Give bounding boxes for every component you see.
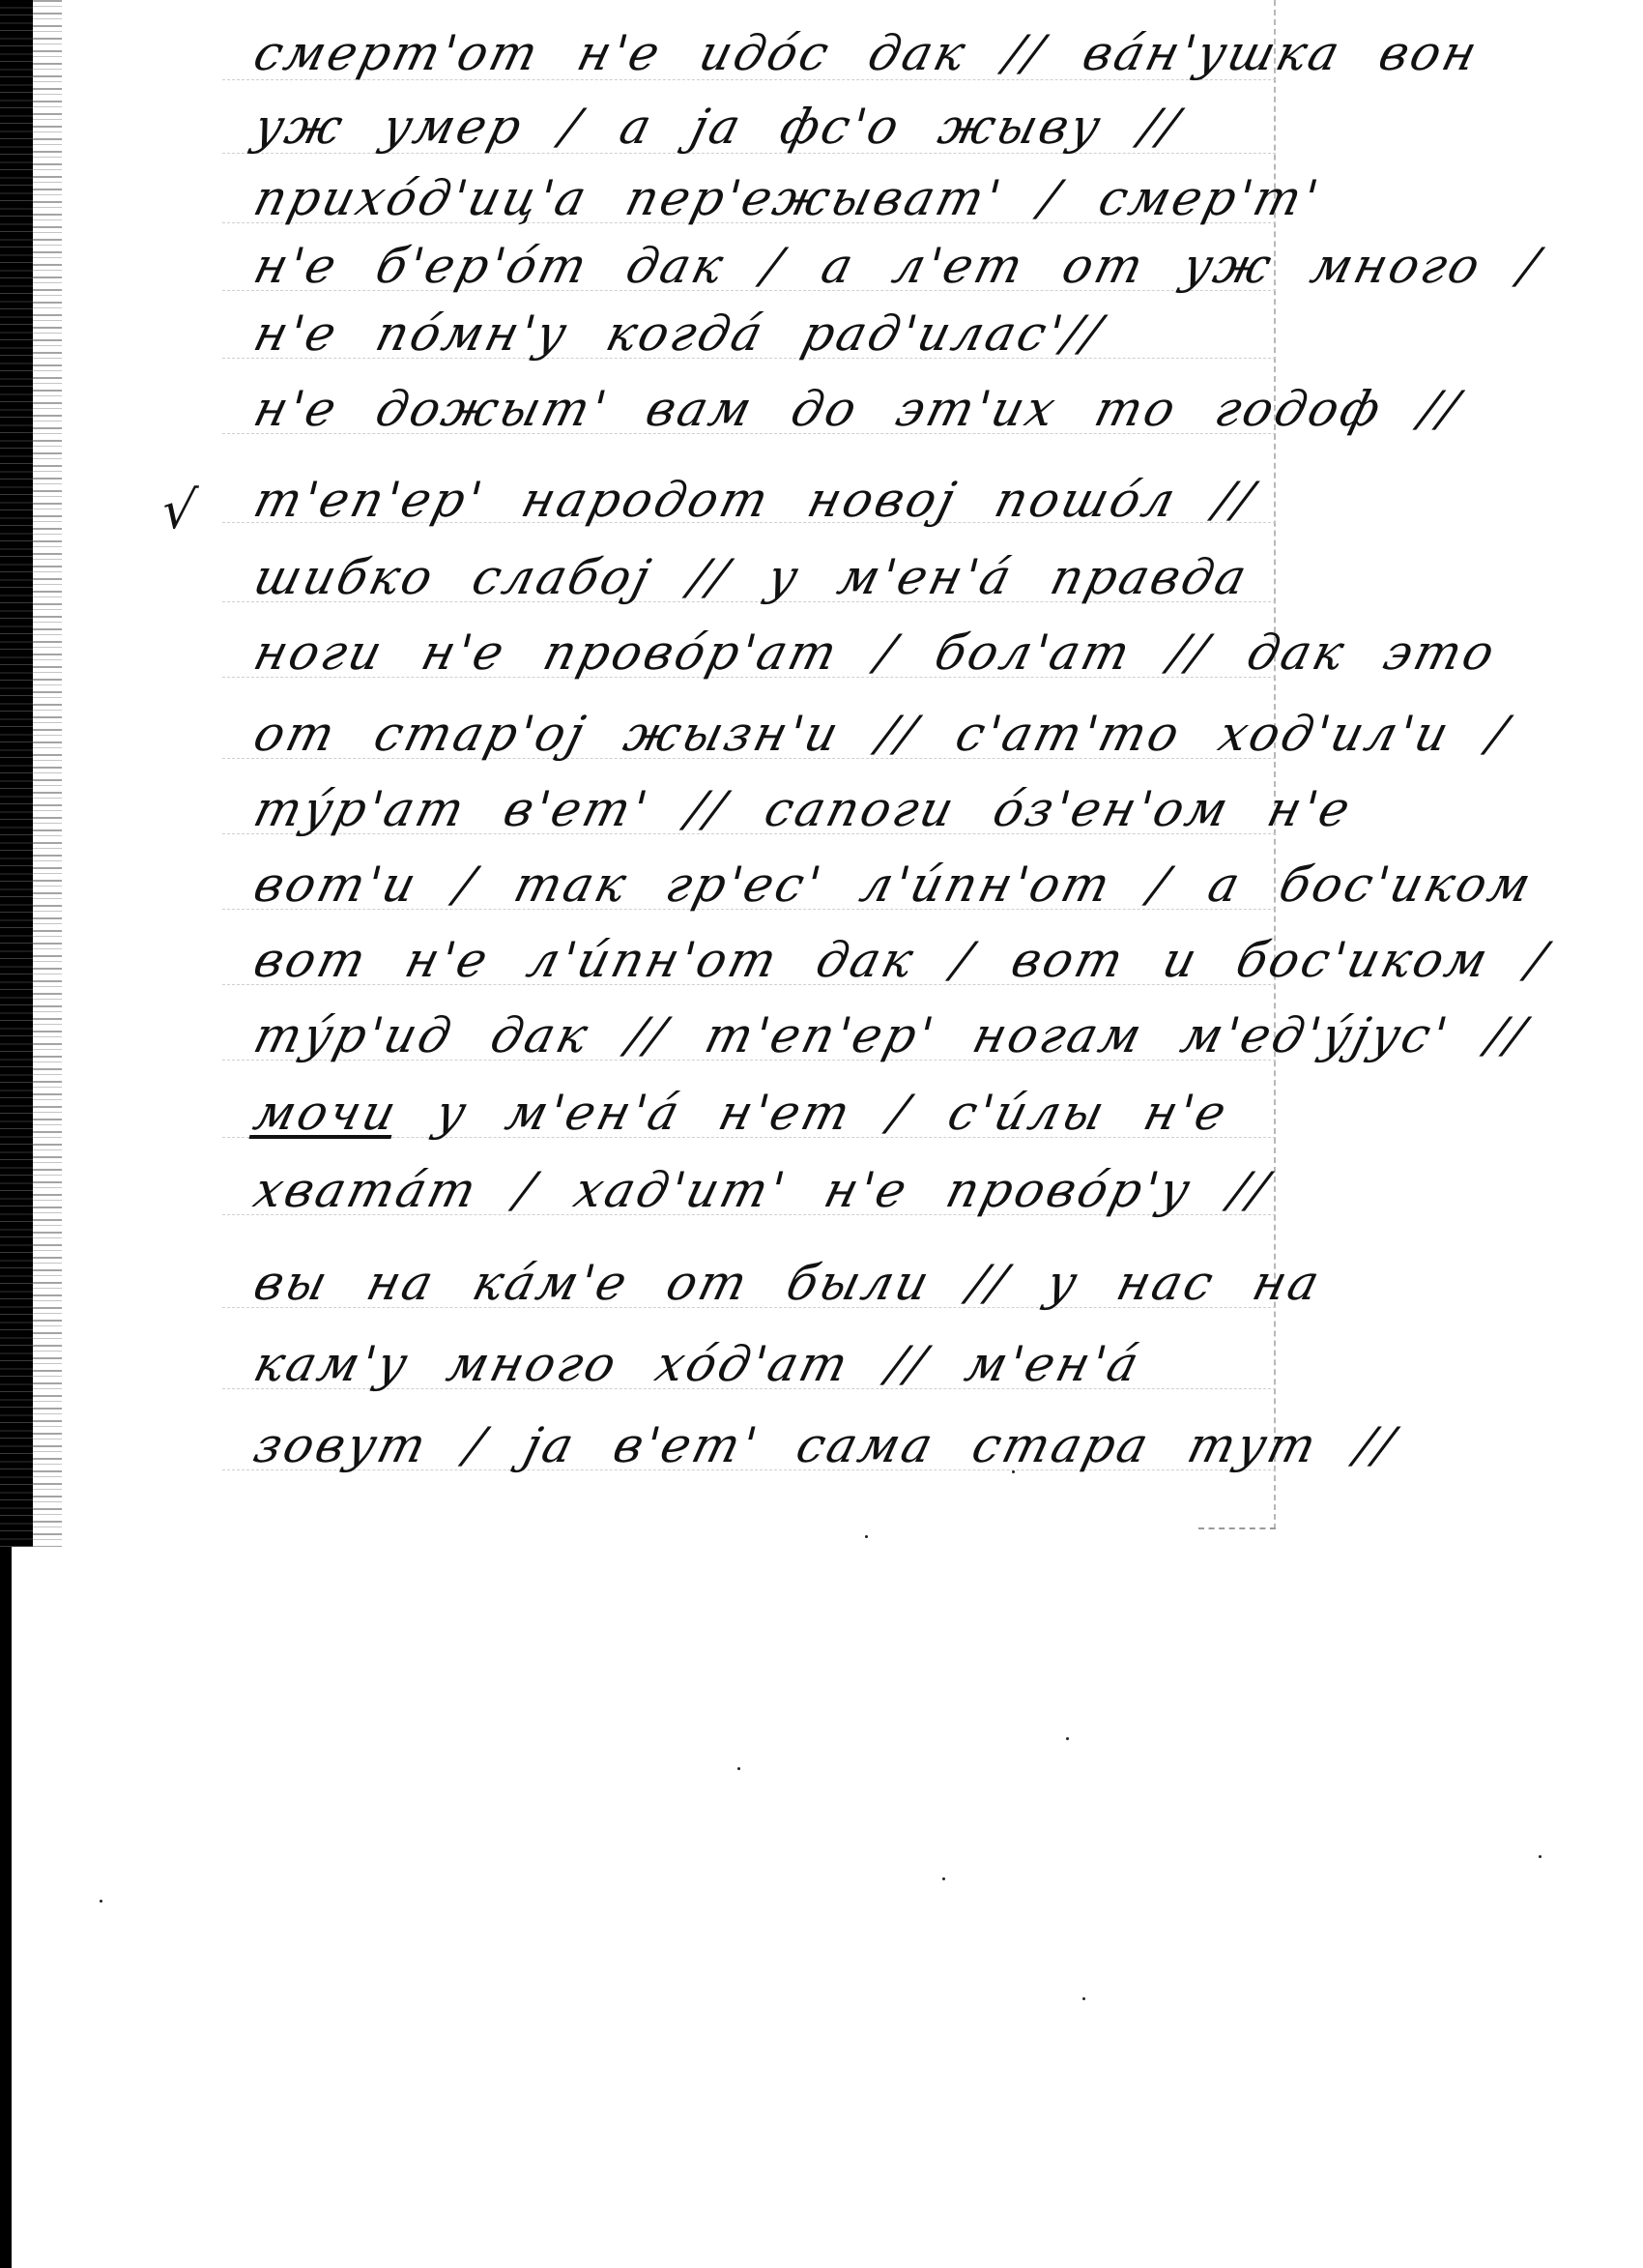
scan-speck [1082,1997,1085,2000]
scan-speck [1012,1470,1015,1473]
line-15-rest: у м'ен'а́ н'ет / с'и́лы н'е [430,1085,1235,1141]
handwritten-line-3: прихо́д'иц'а пер'ежыват' / смер'т' [249,174,1305,222]
handwritten-line-17: вы на ка́м'е от были // у нас на [249,1259,1305,1307]
handwritten-line-6: н'е дожыт' вам до эт'их то годоф // [249,385,1305,433]
scan-speck [1066,1737,1069,1740]
scan-shadow-left-edge [0,0,33,1547]
handwritten-line-14: ту́р'ид дак // т'еп'ер' ногам м'ед'у́јус… [249,1011,1305,1060]
underlined-word: мочи [248,1085,404,1141]
handwritten-line-19: зовут / ја в'ет' сама стара тут // [249,1421,1305,1469]
handwritten-line-12: вот'и / так гр'ес' л'и́пн'от / а бос'ико… [249,860,1305,909]
scanned-page: √ смерт'от н'е идо́с дак // ва́н'ушка во… [0,0,1643,2268]
handwritten-line-15: мочи у м'ен'а́ н'ет / с'и́лы н'е [249,1089,1305,1137]
handwritten-line-7: т'еп'ер' народот новој пошо́л // [249,476,1305,524]
scan-speck [737,1767,740,1770]
margin-checkmark-icon: √ [159,480,200,540]
scan-speck [100,1900,102,1903]
scan-speck [942,1877,945,1880]
handwritten-line-1: смерт'от н'е идо́с дак // ва́н'ушка вон [249,29,1305,77]
handwritten-line-8: шибко слабој // у м'ен'а́ правда [249,553,1305,601]
scan-shadow-left-edge-lower [0,1547,12,2268]
scan-speck [1539,1855,1542,1858]
scan-shadow-fringe [33,0,62,1547]
scan-speck [865,1535,868,1538]
handwritten-line-10: от стар'ој жызн'и // с'ат'то ход'ил'и / [249,710,1305,758]
handwritten-line-16: хвата́т / хад'ит' н'е прово́р'у // [249,1166,1305,1214]
bottom-margin-rule [1198,1527,1276,1529]
handwritten-line-11: ту́р'ат в'ет' // сапоги о́з'ен'ом н'е [249,785,1305,833]
handwritten-line-5: н'е по́мн'у когда́ рад'илас'// [249,309,1305,358]
handwritten-line-4: н'е б'ер'о́т дак / а л'ет от уж много / [249,242,1305,290]
handwritten-line-18: кам'у много хо́д'ат // м'ен'а́ [249,1340,1305,1388]
handwritten-line-13: вот н'е л'и́пн'от дак / вот и бос'иком / [249,936,1305,984]
handwritten-line-2: уж умер / а ја фс'о жыву // [249,102,1305,151]
handwritten-line-9: ноги н'е прово́р'ат / бол'ат // дак это [249,628,1305,677]
